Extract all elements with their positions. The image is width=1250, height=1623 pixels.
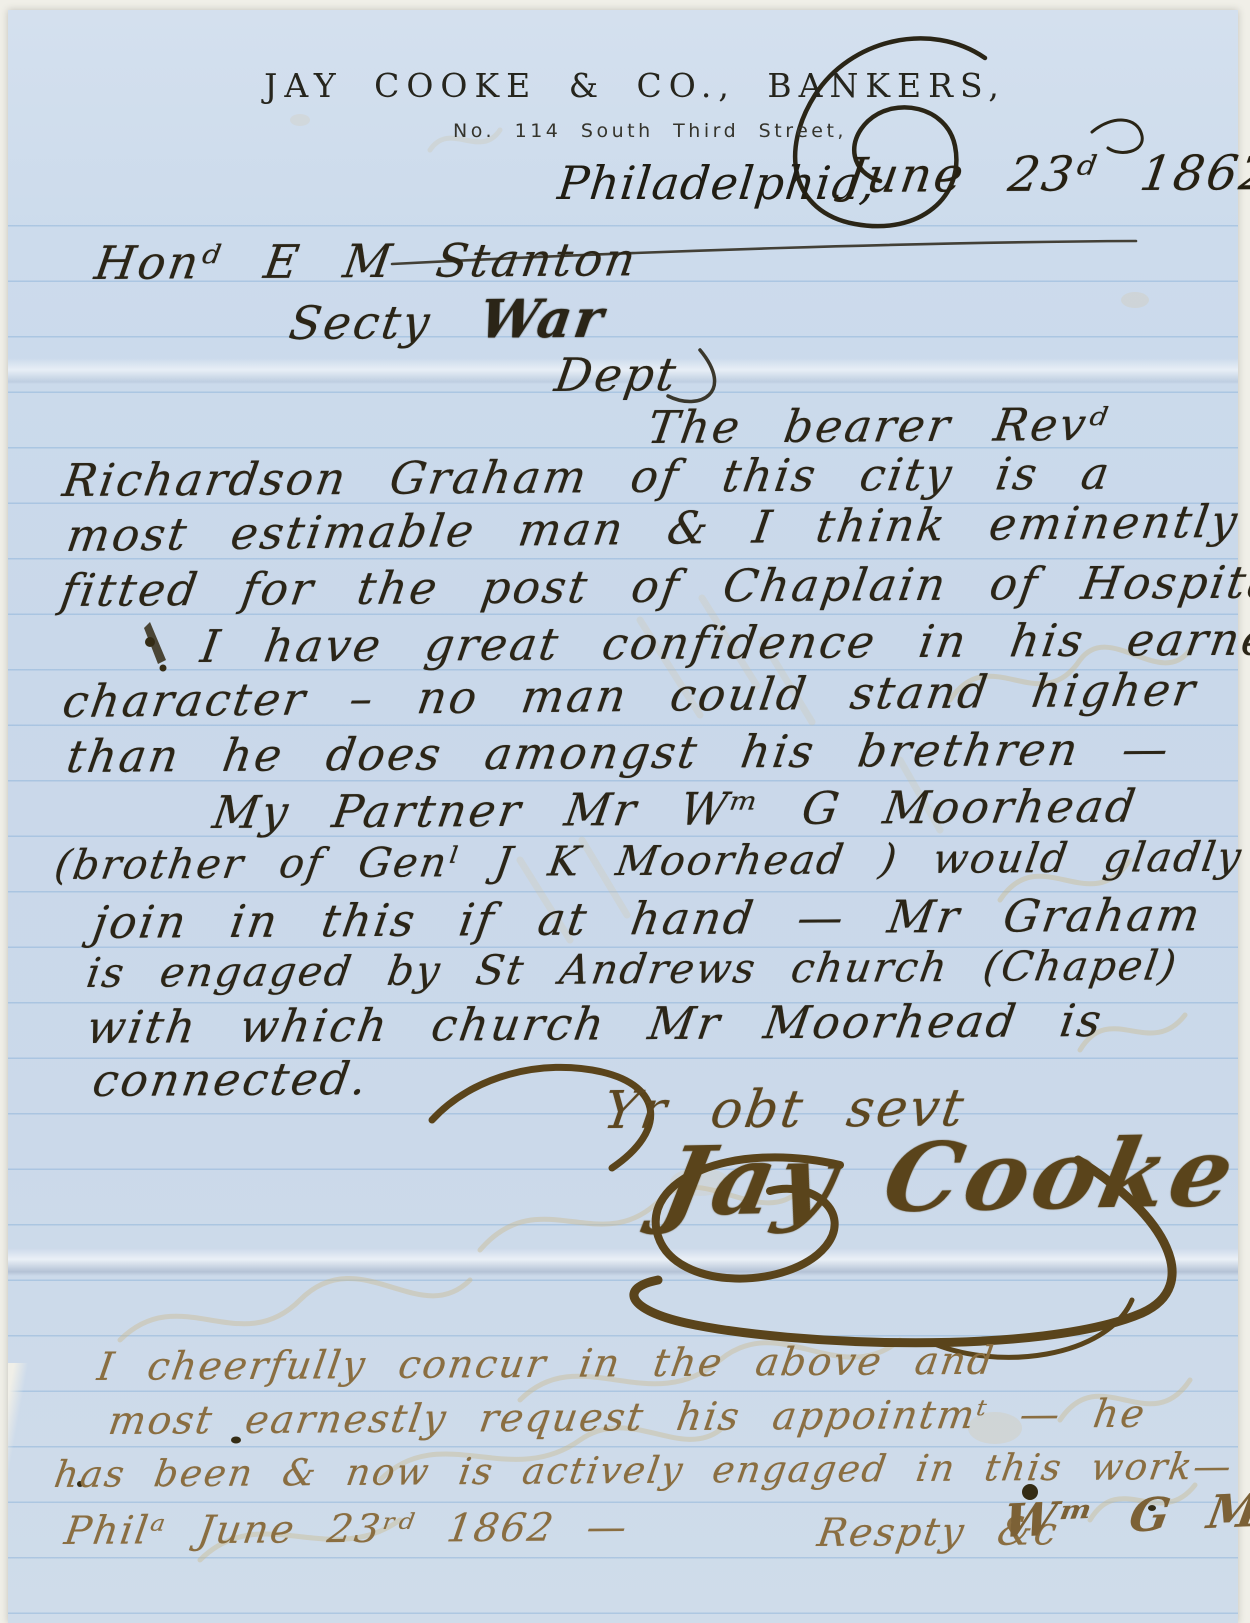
letter-body-line: I have great confidence in his earnest: [198, 616, 1250, 669]
jay-cooke-signature: Jay Cooke: [655, 1125, 1245, 1230]
letterhead-city: Philadelphia,: [555, 156, 878, 210]
letter-date: June 23ᵈ 1862.: [842, 149, 1250, 200]
recipient-title-prefix: Secty: [286, 295, 436, 350]
recipient-name-line: Honᵈ E M Stanton: [92, 236, 641, 286]
postscript-line: I cheerfully concur in the above and: [95, 1342, 998, 1387]
postscript-line: has been & now is actively engaged in th…: [52, 1448, 1235, 1493]
postscript-dateline: Philᵃ June 23ʳᵈ 1862 —: [62, 1508, 631, 1551]
recipient-title-line: Secty War: [286, 293, 609, 348]
letter-body-line: is engaged by St Andrews church (Chapel): [84, 945, 1181, 994]
recipient-dept-line: Dept: [552, 351, 681, 398]
letter-body-line: with which church Mr Moorhead is: [84, 998, 1106, 1050]
letter-body-line: connected.: [90, 1056, 372, 1103]
letter-body-line: most estimable man & I think eminently: [64, 499, 1242, 558]
fold-crease-lower: [8, 1248, 1238, 1276]
letter-body-line: My Partner Mr Wᵐ G Moorhead: [210, 784, 1141, 835]
letter-body-line: (brother of Genˡ J K Moorhead ) would gl…: [52, 837, 1245, 886]
letterhead-company: JAY COOKE & CO., BANKERS,: [90, 66, 1180, 105]
letter-body-line: Richardson Graham of this city is a: [60, 451, 1115, 503]
postscript-line: most earnestly request his appointmᵗ — h…: [106, 1395, 1149, 1441]
recipient-title-emphasis: War: [476, 288, 610, 351]
letter-body-line: join in this if at hand — Mr Graham: [90, 892, 1205, 945]
scanned-letter-page: { "document_type": "handwritten letter (…: [0, 0, 1250, 1623]
letter-body-line: The bearer Revᵈ: [645, 402, 1112, 450]
letter-body-line: fitted for the post of Chaplain of Hospi…: [58, 559, 1250, 613]
letterhead-street: No. 114 South Third Street,: [120, 120, 1180, 142]
letter-body-line: than he does amongst his brethren —: [64, 726, 1174, 779]
letter-body-line: character – no man could stand higher: [60, 667, 1200, 724]
